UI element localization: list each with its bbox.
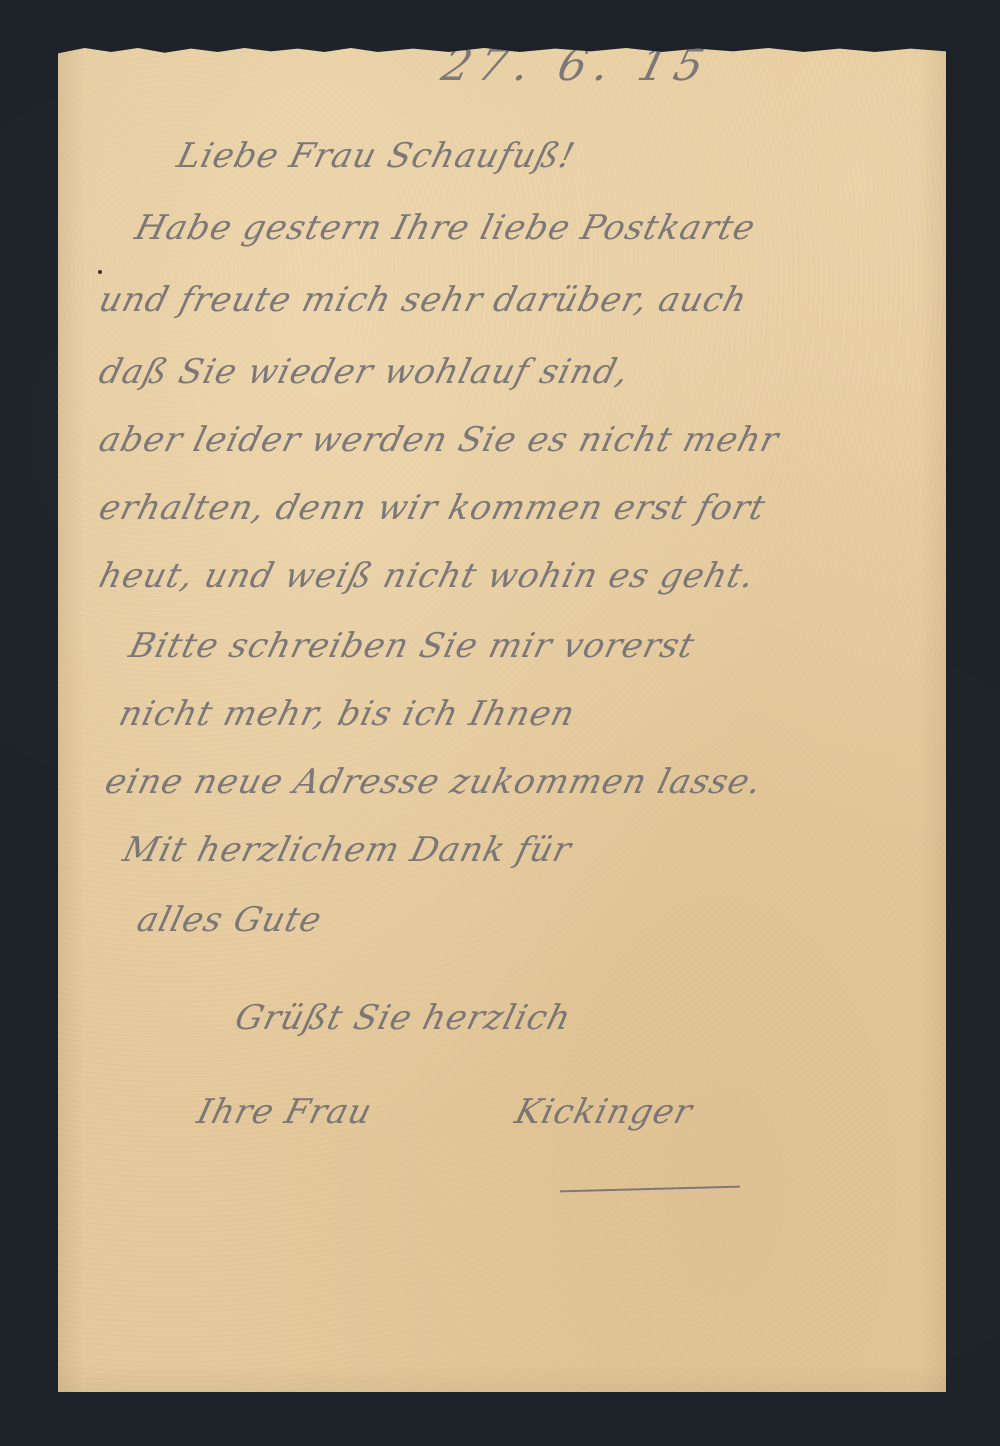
closing: Grüßt Sie herzlich	[231, 998, 575, 1038]
body-line-6: heut, und weiß nicht wohin es geht.	[95, 556, 759, 596]
date: 27. 6. 15	[437, 40, 718, 91]
stray-ink-dot	[98, 270, 102, 274]
signature-name: Kickinger	[511, 1092, 697, 1132]
body-line-8: nicht mehr, bis ich Ihnen	[115, 694, 579, 734]
body-line-11: alles Gute	[133, 900, 326, 940]
postcard: 27. 6. 15 Liebe Frau Schaufuß! Habe gest…	[58, 48, 946, 1392]
salutation: Liebe Frau Schaufuß!	[173, 136, 579, 176]
body-line-1: Habe gestern Ihre liebe Postkarte	[131, 208, 760, 248]
body-line-5: erhalten, denn wir kommen erst fort	[95, 488, 770, 528]
body-line-4: aber leider werden Sie es nicht mehr	[95, 420, 783, 460]
signature-prefix: Ihre Frau	[193, 1092, 377, 1132]
body-line-9: eine neue Adresse zukommen lasse.	[101, 762, 766, 802]
body-line-10: Mit herzlichem Dank für	[119, 830, 576, 870]
signature-underline	[560, 1186, 740, 1193]
body-line-3: daß Sie wieder wohlauf sind,	[95, 352, 633, 392]
body-line-7: Bitte schreiben Sie mir vorerst	[125, 626, 699, 666]
body-line-2: und freute mich sehr darüber, auch	[95, 280, 751, 320]
